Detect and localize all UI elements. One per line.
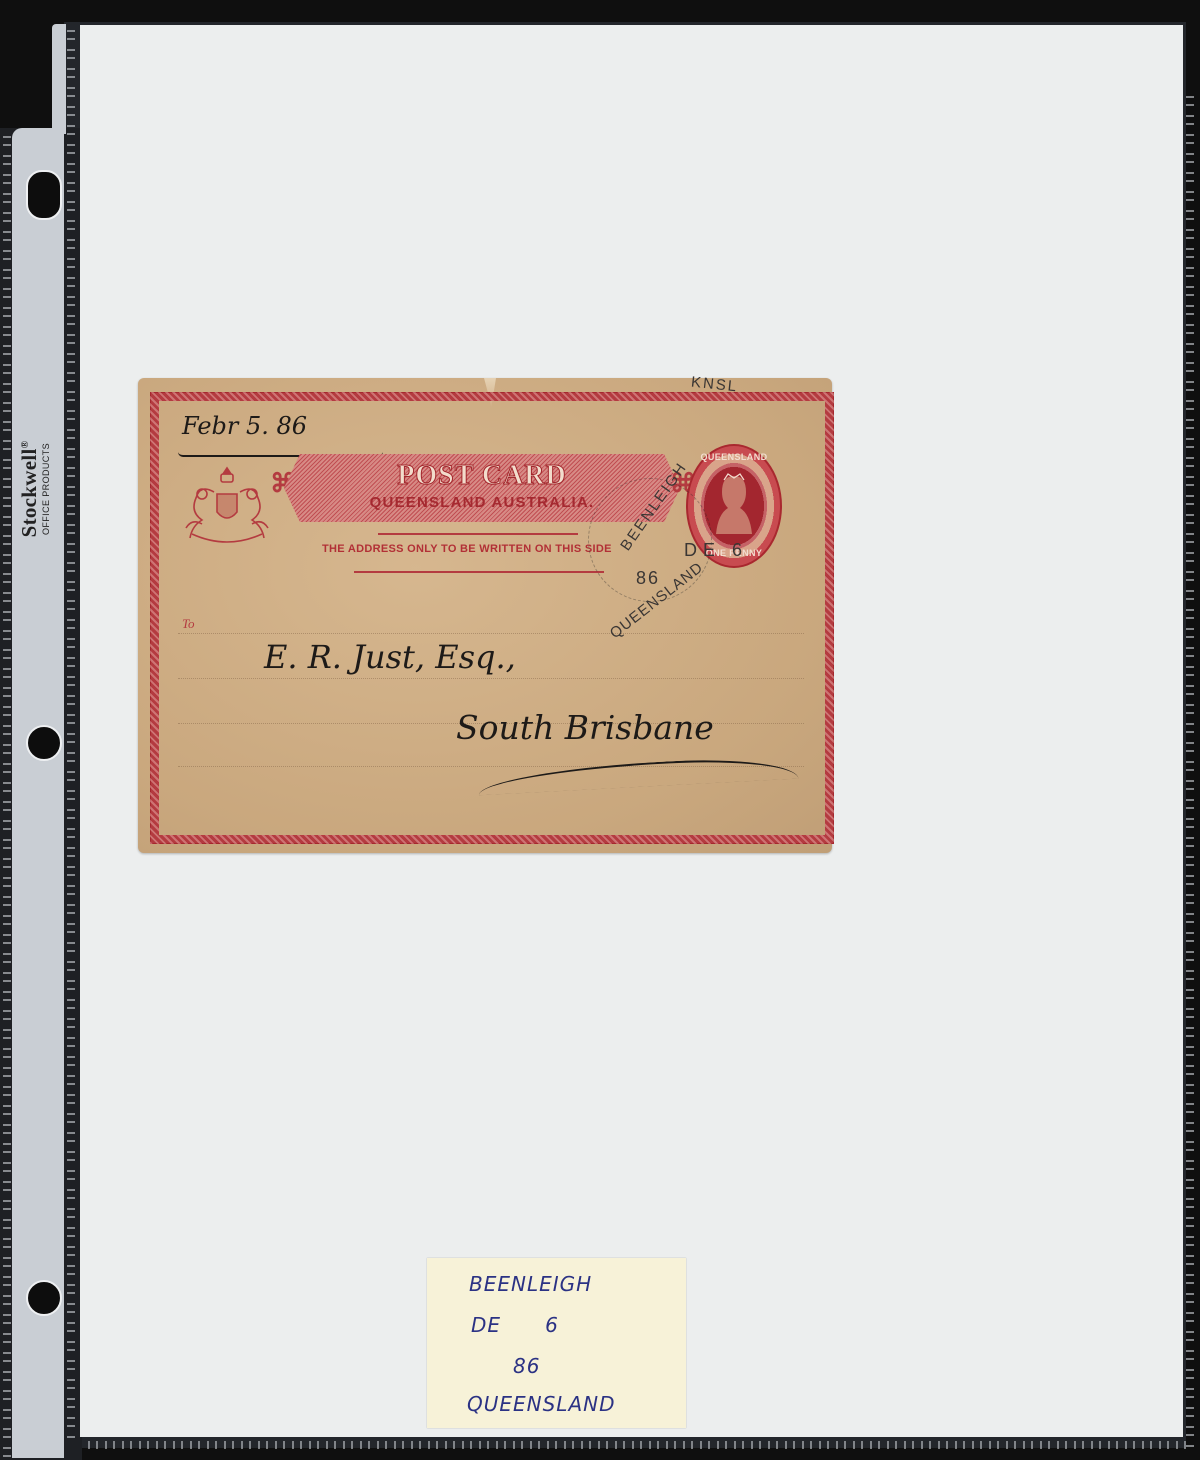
perforation-strip-bottom	[82, 1441, 1192, 1449]
addressee-name: E. R. Just, Esq.,	[264, 638, 516, 676]
address-line-2	[178, 678, 804, 679]
handwritten-date: Febr 5. 86	[182, 412, 307, 440]
brand-subtitle: OFFICE PRODUCTS	[40, 399, 52, 579]
postmark-year: 86	[636, 568, 660, 589]
label-line-town: BEENLEIGH	[469, 1272, 592, 1296]
queen-portrait-icon	[714, 470, 754, 536]
binder-tab-strip	[12, 128, 64, 1458]
brand-name: Stockwell®	[15, 399, 40, 579]
label-line-state: QUEENSLAND	[467, 1392, 616, 1416]
perforation-strip-left	[67, 24, 75, 1444]
binder-tab-strip-top	[52, 24, 66, 134]
binder-hole-bottom	[26, 1280, 62, 1316]
binder-hole-top	[26, 170, 62, 220]
postmark-date: DE 6	[684, 540, 748, 561]
addressee-city: South Brisbane	[456, 708, 714, 747]
label-line-date: DE 6	[471, 1313, 559, 1337]
to-label: To	[182, 616, 195, 632]
perforation-strip-right	[1186, 90, 1194, 1450]
perforation-strip-outer	[3, 130, 11, 1460]
address-line-1	[178, 633, 804, 634]
rule-upper	[378, 533, 578, 535]
rule-lower	[354, 571, 604, 573]
postcard: Febr 5. 86 ⌘ POST CARD QUEENSLAND AUSTRA…	[138, 378, 832, 853]
royal-coat-of-arms-icon	[172, 464, 282, 554]
address-instruction: THE ADDRESS ONLY TO BE WRITTEN ON THIS S…	[322, 543, 612, 555]
stamp-country: QUEENSLAND	[688, 452, 780, 462]
brand-label: Stockwell® OFFICE PRODUCTS	[14, 400, 64, 580]
label-line-year: 86	[513, 1354, 540, 1378]
binder-hole-middle	[26, 725, 62, 761]
identification-label: BEENLEIGH DE 6 86 QUEENSLAND	[427, 1258, 686, 1428]
